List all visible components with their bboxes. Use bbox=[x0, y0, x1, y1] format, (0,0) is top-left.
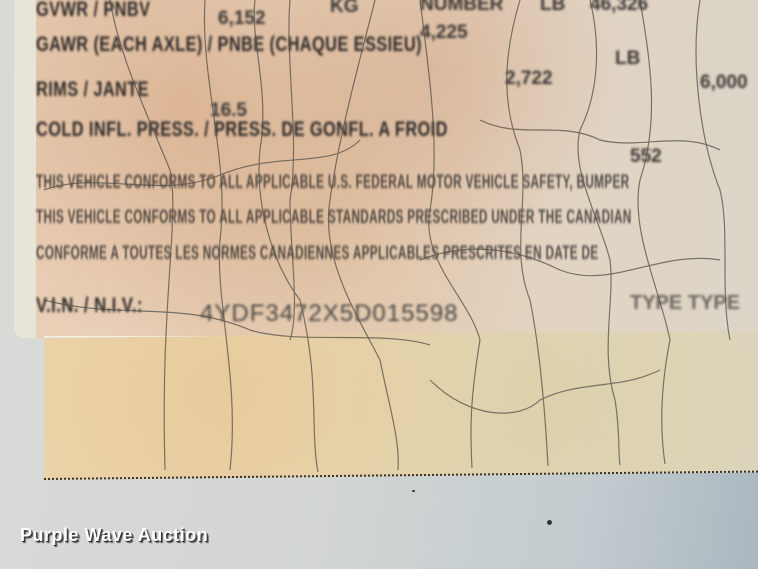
value-gvwr-lb: 46,326 bbox=[590, 0, 648, 16]
vin-value: 4YDF3472X5D015598 bbox=[200, 300, 459, 328]
speck bbox=[412, 490, 415, 492]
statement-french: CONFORME A TOUTES LES NORMES CANADIENNES… bbox=[36, 243, 598, 265]
value-gawr: 4,225 bbox=[420, 22, 468, 44]
statement-canada: THIS VEHICLE CONFORMS TO ALL APPLICABLE … bbox=[36, 207, 632, 229]
vin-label: V.I.N. / N.I.V.: bbox=[36, 294, 143, 318]
unit-kg: KG bbox=[330, 0, 359, 18]
watermark: Purple Wave Auction bbox=[20, 525, 208, 546]
value-rim: 16.5 bbox=[210, 100, 247, 122]
statement-us: THIS VEHICLE CONFORMS TO ALL APPLICABLE … bbox=[36, 172, 629, 194]
value-pressure: 552 bbox=[630, 146, 662, 168]
value-gvwr-kg: 6,152 bbox=[218, 8, 266, 30]
type-text: TYPE TYPE bbox=[630, 292, 740, 315]
rims-label: RIMS / JANTE bbox=[36, 78, 149, 102]
gvwr-label: GVWR / PNBV bbox=[36, 0, 150, 22]
value-number: NUMBER bbox=[420, 0, 503, 16]
unit-lb: LB bbox=[540, 0, 565, 16]
value-gawr-lb: 6,000 bbox=[700, 72, 748, 94]
unit-lb-2: LB bbox=[615, 48, 640, 70]
gawr-label: GAWR (EACH AXLE) / PNBE (CHAQUE ESSIEU) bbox=[36, 33, 422, 57]
speck bbox=[547, 520, 552, 525]
adhesive-backing bbox=[44, 331, 758, 480]
value-gawr-2: 2,722 bbox=[505, 68, 553, 90]
